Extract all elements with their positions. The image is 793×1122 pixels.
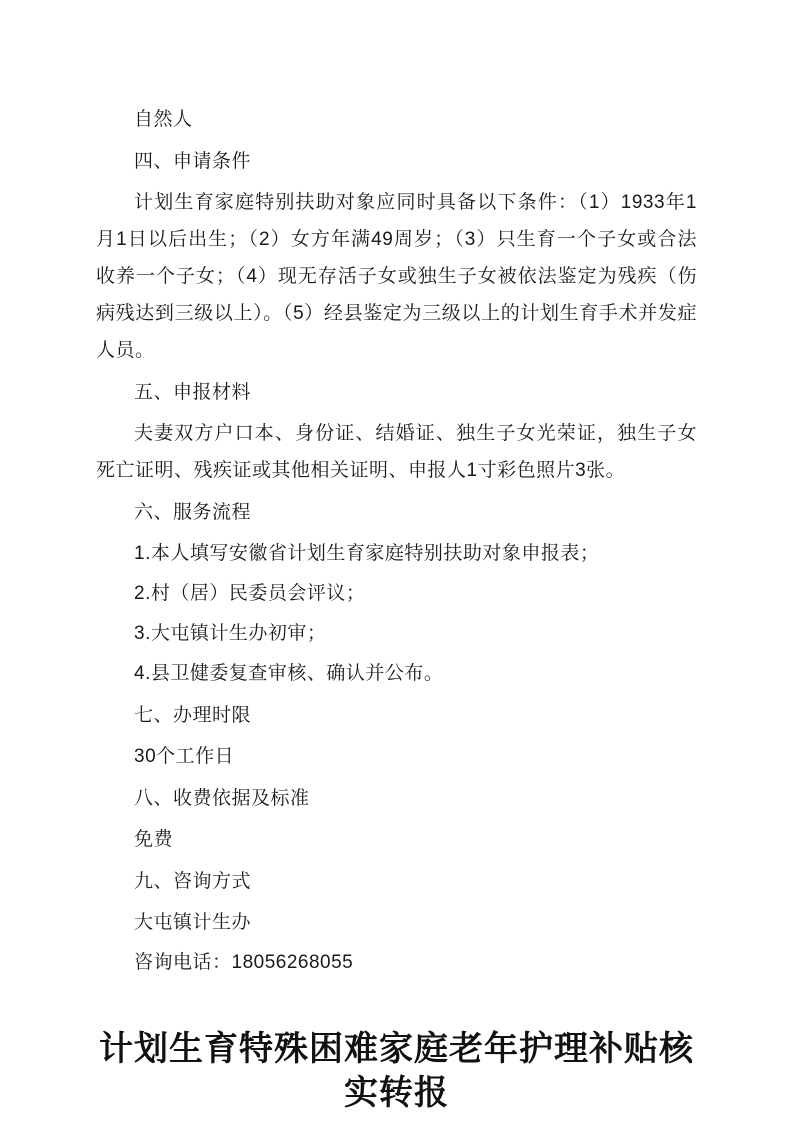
paragraph: 夫妻双方户口本、身份证、结婚证、独生子女光荣证，独生子女死亡证明、残疾证或其他相… [96,415,697,489]
paragraph: 大屯镇计生办 [96,904,697,941]
paragraph: 八、收费依据及标准 [96,780,697,817]
paragraph: 九、咨询方式 [96,863,697,900]
paragraph: 四、申请条件 [96,143,697,180]
paragraph: 咨询电话：18056268055 [96,944,697,981]
paragraph: 自然人 [96,101,697,138]
paragraph: 4.县卫健委复查审核、确认并公布。 [96,655,697,692]
section-title: 计划生育特殊困难家庭老年护理补贴核实转报 [96,1027,697,1115]
paragraph: 3.大屯镇计生办初审； [96,615,697,652]
paragraph: 五、申报材料 [96,374,697,411]
paragraph: 计划生育家庭特别扶助对象应同时具备以下条件：（1）1933年1月1日以后出生；（… [96,184,697,369]
paragraph: 七、办理时限 [96,697,697,734]
paragraph: 2.村（居）民委员会评议； [96,575,697,612]
document-page: 自然人四、申请条件计划生育家庭特别扶助对象应同时具备以下条件：（1）1933年1… [0,0,793,1122]
document-body: 自然人四、申请条件计划生育家庭特别扶助对象应同时具备以下条件：（1）1933年1… [96,101,697,981]
paragraph: 30个工作日 [96,738,697,775]
paragraph: 1.本人填写安徽省计划生育家庭特别扶助对象申报表； [96,535,697,572]
paragraph: 六、服务流程 [96,494,697,531]
paragraph: 免费 [96,821,697,858]
